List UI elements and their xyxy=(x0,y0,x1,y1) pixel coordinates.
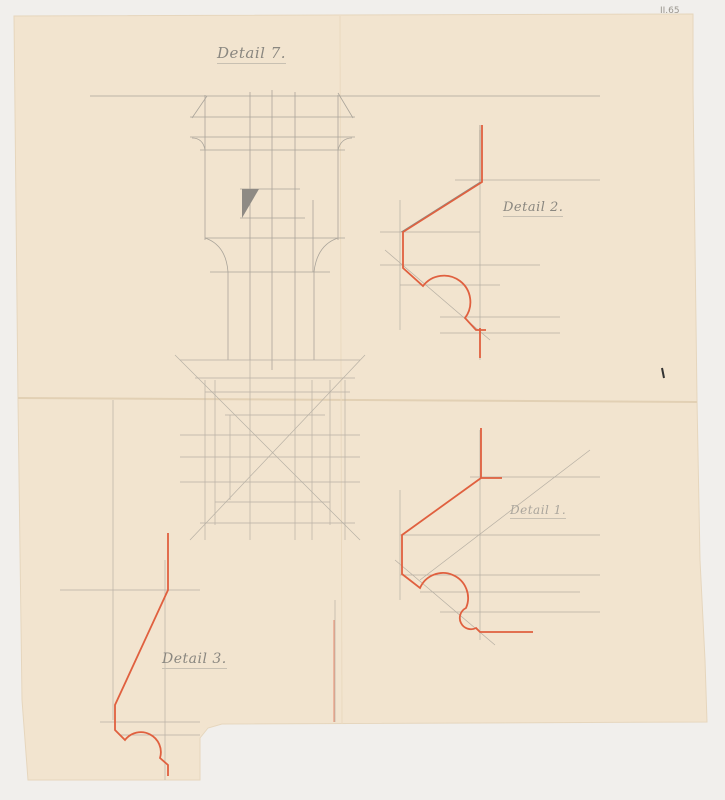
catalog-mark: II.65 xyxy=(660,6,680,16)
label-detail-1: Detail 1. xyxy=(510,503,566,519)
label-detail-7: Detail 7. xyxy=(217,44,286,64)
label-detail-2: Detail 2. xyxy=(503,200,563,217)
paper-sheet xyxy=(14,14,707,780)
label-detail-3: Detail 3. xyxy=(162,651,227,669)
drawing-sheet xyxy=(0,0,725,800)
